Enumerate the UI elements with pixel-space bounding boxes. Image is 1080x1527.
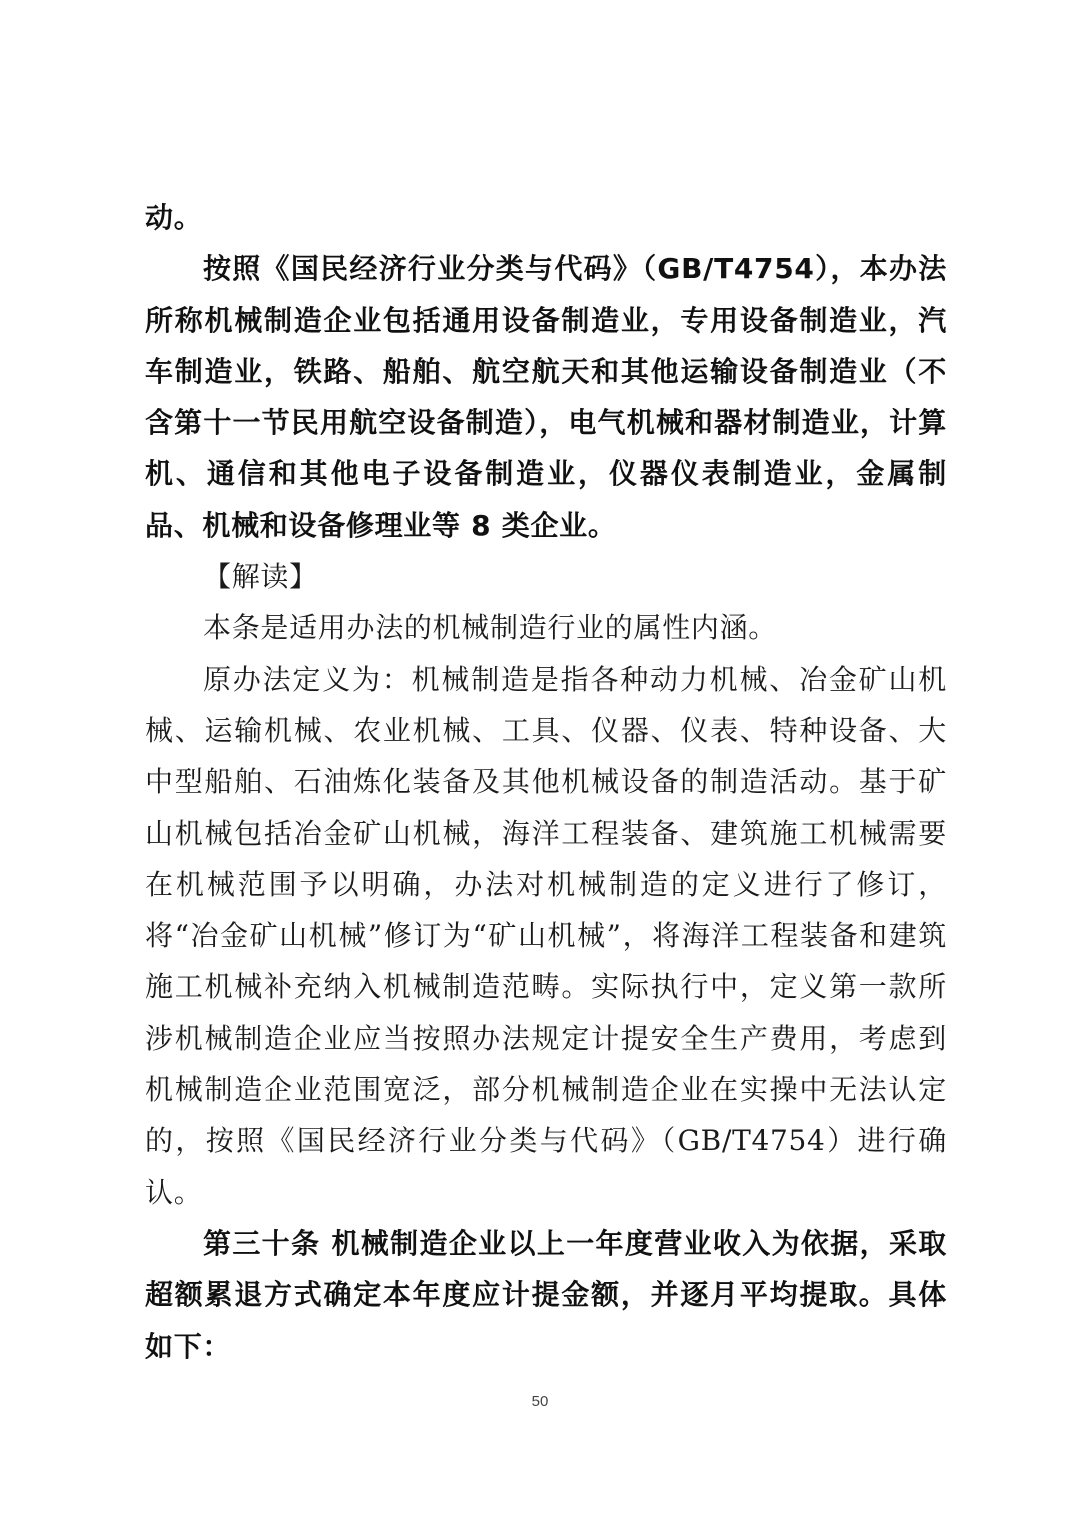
paragraph-definition: 按照《国民经济行业分类与代码》（GB/T4754），本办法所称机械制造企业包括通… [145,243,947,551]
page-number: 50 [0,1393,1080,1410]
paragraph-interpretation-detail: 原办法定义为：机械制造是指各种动力机械、冶金矿山机械、运输机械、农业机械、工具、… [145,654,947,1218]
paragraph-article-30: 第三十条 机械制造企业以上一年度营业收入为依据，采取超额累退方式确定本年度应计提… [145,1218,947,1372]
paragraph-continuation: 动。 [145,192,947,243]
paragraph-interpretation-scope: 本条是适用办法的机械制造行业的属性内涵。 [145,602,947,653]
document-page: 动。 按照《国民经济行业分类与代码》（GB/T4754），本办法所称机械制造企业… [145,192,947,1372]
interpretation-heading: 【解读】 [145,551,947,602]
